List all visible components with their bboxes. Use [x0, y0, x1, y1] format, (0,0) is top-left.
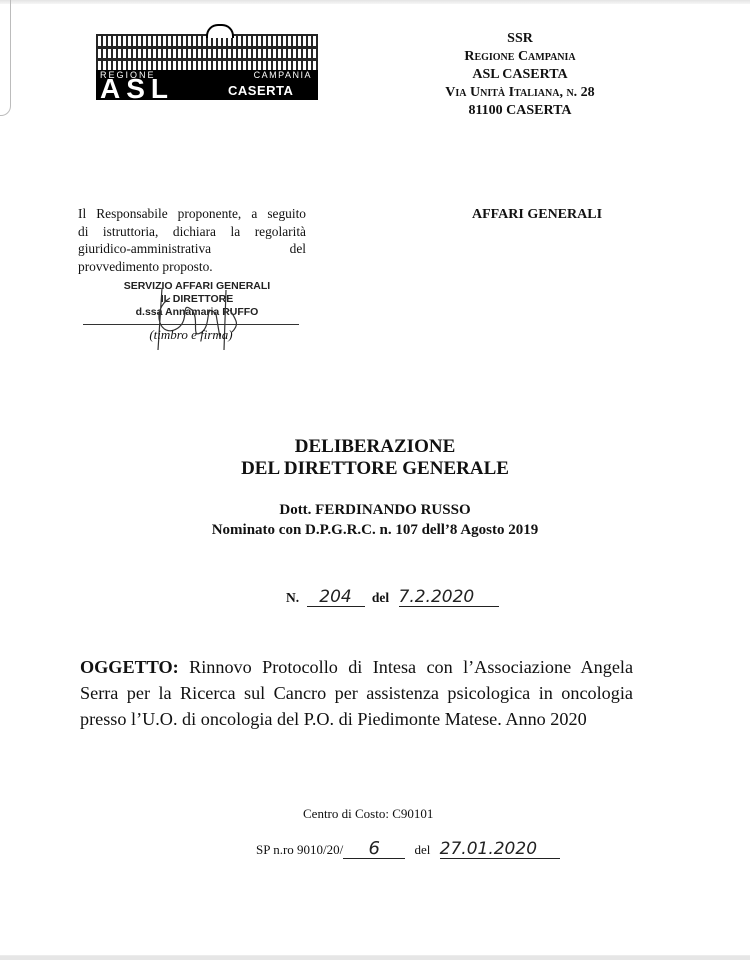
- signature-icon: [140, 280, 260, 360]
- sp-number-line: SP n.ro 9010/20/6 del 27.01.2020: [256, 840, 560, 859]
- centro-di-costo: Centro di Costo: C90101: [303, 806, 433, 822]
- logo-asl: ASL: [100, 76, 174, 102]
- deliberation-number: 204: [307, 588, 365, 607]
- responsabile-declaration: Il Responsabile proponente, a seguito di…: [78, 205, 306, 275]
- signature-caption: (timbro e firma): [83, 327, 299, 343]
- oggetto-label: OGGETTO:: [80, 657, 179, 677]
- header-regione: Regione Campania: [440, 48, 600, 66]
- header-address: Via Unità Italiana, n. 28: [440, 84, 600, 102]
- signature-line: [83, 324, 299, 325]
- page-edge-decoration: [0, 0, 11, 116]
- deliberation-date: 7.2.2020: [399, 588, 499, 607]
- logo-campania: CAMPANIA: [254, 70, 312, 80]
- header-cap: 81100 CASERTA: [440, 102, 600, 120]
- document-title: DELIBERAZIONE DEL DIRETTORE GENERALE: [0, 436, 750, 480]
- bottom-edge: [0, 955, 750, 960]
- sp-date: 27.01.2020: [440, 840, 560, 859]
- dome-icon: [206, 24, 234, 38]
- asl-caserta-logo: REGIONE CAMPANIA ASL CASERTA: [96, 28, 318, 100]
- oggetto-paragraph: OGGETTO: Rinnovo Protocollo di Intesa co…: [80, 654, 633, 732]
- logo-caserta: CASERTA: [228, 84, 293, 98]
- department-label: AFFARI GENERALI: [472, 207, 602, 223]
- header-asl: ASL CASERTA: [440, 66, 600, 84]
- director-name: Dott. FERDINANDO RUSSO: [0, 500, 750, 520]
- top-edge: [0, 0, 750, 4]
- director-appointment: Nominato con D.P.G.R.C. n. 107 dell’8 Ag…: [0, 520, 750, 540]
- deliberation-number-line: N. 204 del 7.2.2020: [286, 588, 499, 607]
- building-icon: [96, 34, 318, 72]
- header-ssr: SSR: [440, 30, 600, 48]
- institution-header: SSR Regione Campania ASL CASERTA Via Uni…: [440, 30, 600, 120]
- sp-number: 6: [343, 840, 405, 859]
- director-info: Dott. FERDINANDO RUSSO Nominato con D.P.…: [0, 500, 750, 540]
